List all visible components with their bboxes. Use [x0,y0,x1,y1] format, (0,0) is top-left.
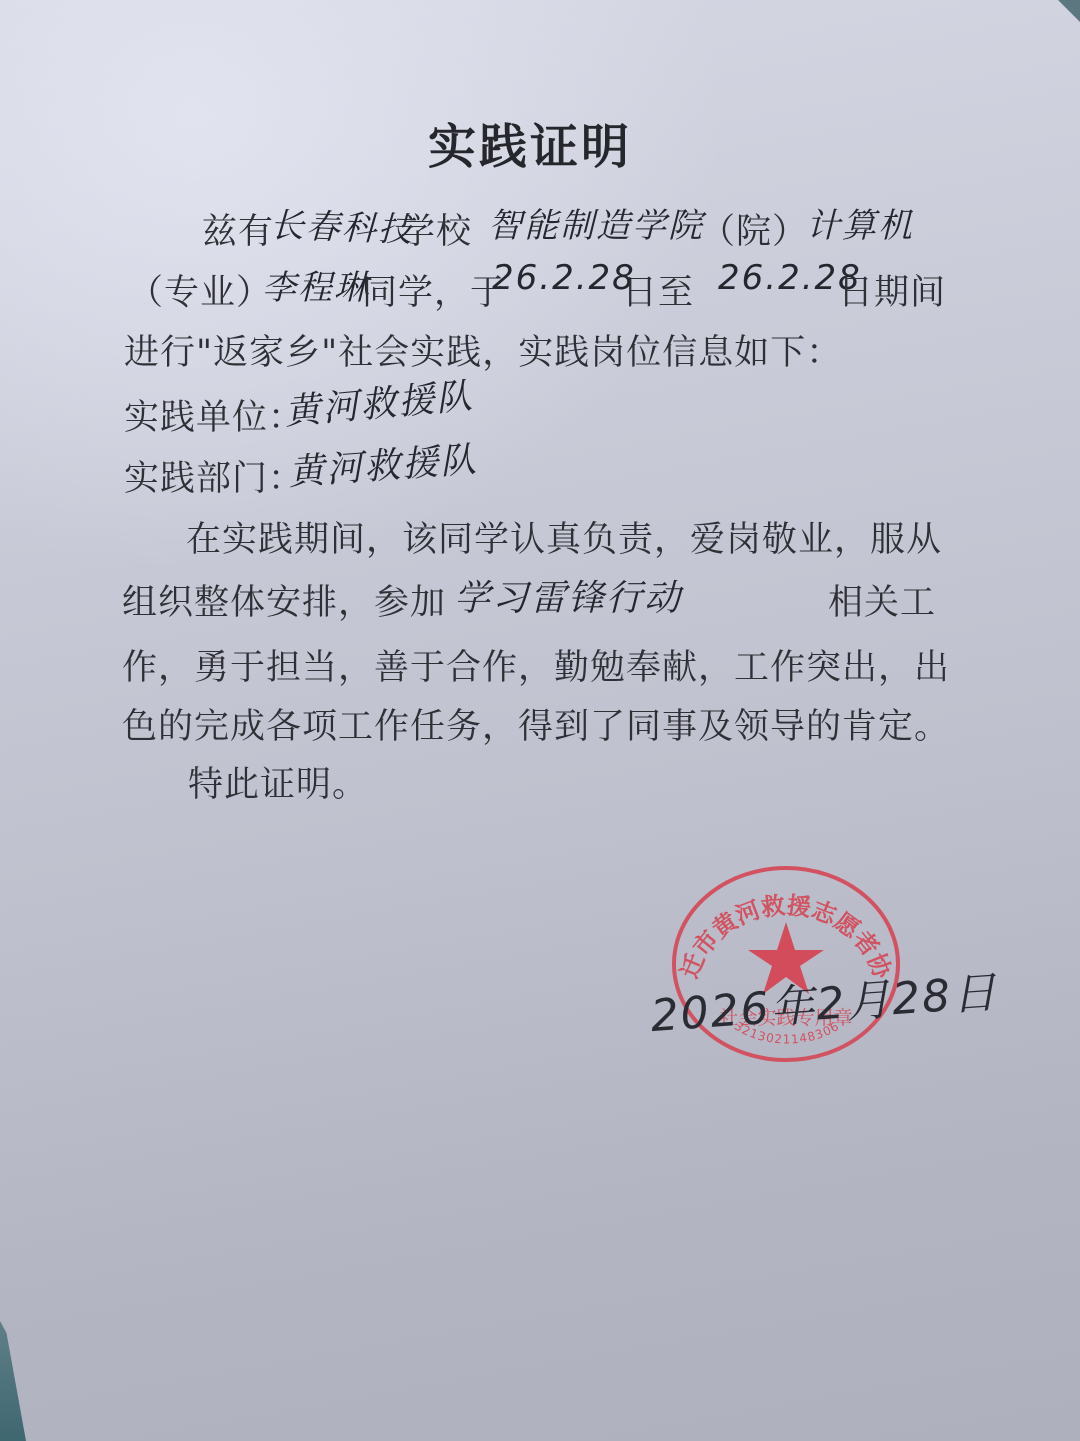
student-name-handwritten: 李程琳 [262,260,370,309]
closing-text: 特此证明。 [188,757,368,807]
intro-prefix: 兹有 [202,204,274,254]
major-suffix: （专业） [128,265,272,315]
department-label: 实践部门： [124,451,304,501]
body-line-2-suffix: 相关工 [828,575,936,625]
school-name-handwritten: 长春科技 [269,198,415,252]
school-suffix: 学校 [400,204,472,254]
body-line-1: 在实践期间，该同学认真负责，爱岗敬业，服从 [186,512,942,562]
body-line-4: 色的完成各项工作任务，得到了同事及领导的肯定。 [122,699,950,749]
student-suffix: 同学，于 [362,265,506,315]
practice-intro: 进行"返家乡"社会实践，实践岗位信息如下： [124,325,842,375]
body-line-3: 作，勇于担当，善于合作，勤勉奉献，工作突出，出 [122,640,950,690]
start-date-handwritten: 26.2.28 [492,258,636,298]
unit-label: 实践单位： [124,390,304,440]
college-name-handwritten: 智能制造学院 [488,198,704,247]
college-suffix: （院） [700,204,808,254]
date-connector: 日至 [622,265,694,315]
body-line-2-prefix: 组织整体安排，参加 [122,575,446,625]
major-handwritten: 计算机 [806,198,914,247]
document-title: 实践证明 [428,108,632,177]
period-suffix: 日期间 [838,265,946,315]
activity-handwritten: 学习雷锋行动 [454,570,682,621]
